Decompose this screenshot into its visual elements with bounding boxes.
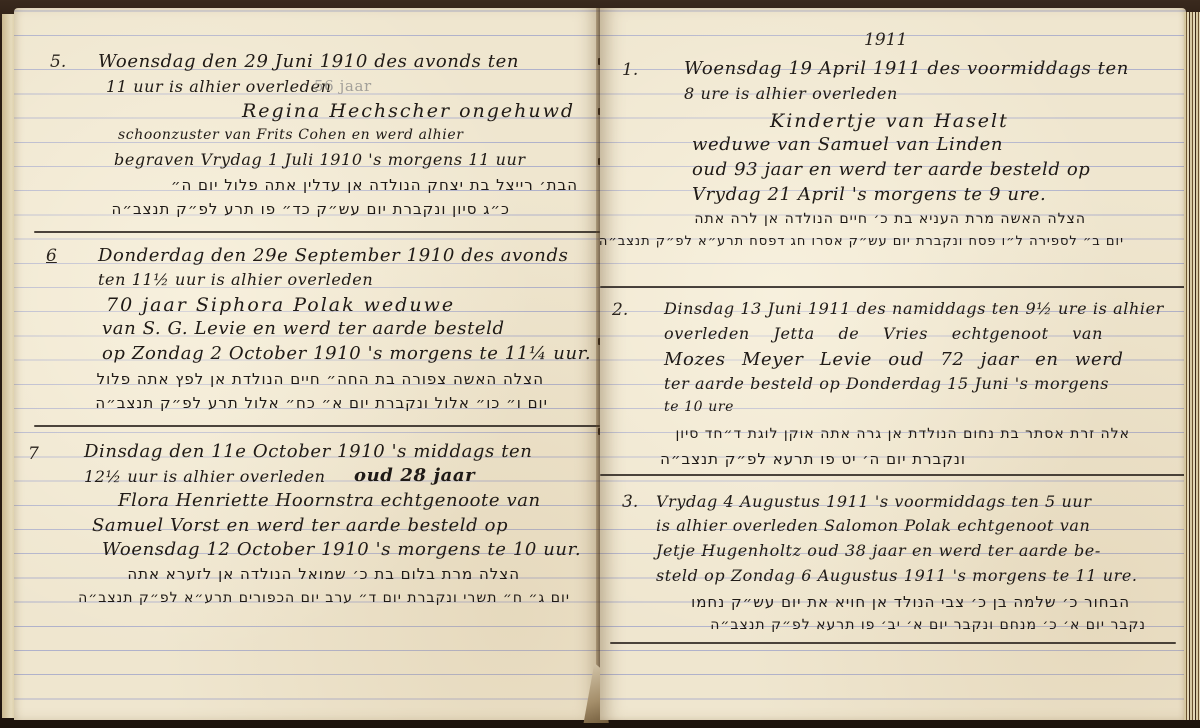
deceased-name: Flora Henriette Hoornstra echtgenoote va… bbox=[118, 490, 541, 511]
right-page-edge bbox=[1184, 12, 1200, 720]
entry-line: Dinsdag den 11e October 1910 's middags … bbox=[84, 441, 533, 462]
entry-line: is alhier overleden Salomon Polak echtge… bbox=[656, 516, 1090, 535]
entry-line: 12½ uur is alhier overleden bbox=[84, 467, 326, 486]
hebrew-line: הבחור כ׳ שלמה בן כ׳ צבי הנולד אן חויא את… bbox=[691, 593, 1130, 611]
entry-line: Vrydag 4 Augustus 1911 's voormiddags te… bbox=[656, 492, 1092, 511]
register-entry-1911-3: 3. Vrydag 4 Augustus 1911 's voormiddags… bbox=[600, 8, 1186, 658]
entry-line: steld op Zondag 6 Augustus 1911 's morge… bbox=[656, 566, 1138, 585]
hebrew-line: יום ג״ ח״ תשרי ונקברת יום ד״ ערב יום הכפ… bbox=[78, 590, 570, 606]
register-entry-7: 7 Dinsdag den 11e October 1910 's middag… bbox=[14, 8, 600, 628]
left-page: 5. Woensdag den 29 Juni 1910 des avonds … bbox=[14, 8, 600, 720]
open-notebook: 5. Woensdag den 29 Juni 1910 des avonds … bbox=[0, 8, 1200, 720]
entry-number: 3. bbox=[622, 492, 638, 512]
entry-line: Samuel Vorst en werd ter aarde besteld o… bbox=[92, 515, 508, 536]
entry-number: 7 bbox=[28, 444, 39, 464]
entry-line: Jetje Hugenholtz oud 38 jaar en werd ter… bbox=[656, 541, 1101, 560]
entry-divider bbox=[610, 642, 1176, 644]
hebrew-line: נקבר יום א׳ כ׳ מנחם ונקבר יום א׳ יב׳ פו … bbox=[710, 617, 1146, 633]
age-note: oud 28 jaar bbox=[354, 465, 475, 486]
entry-line: Woensdag 12 October 1910 's morgens te 1… bbox=[102, 539, 581, 560]
right-page: 1911 1. Woensdag 19 April 1911 des voorm… bbox=[600, 8, 1186, 720]
hebrew-line: הצלה מרת בלום בת כ׳ שמואל הנולדה אן לזער… bbox=[127, 565, 520, 583]
